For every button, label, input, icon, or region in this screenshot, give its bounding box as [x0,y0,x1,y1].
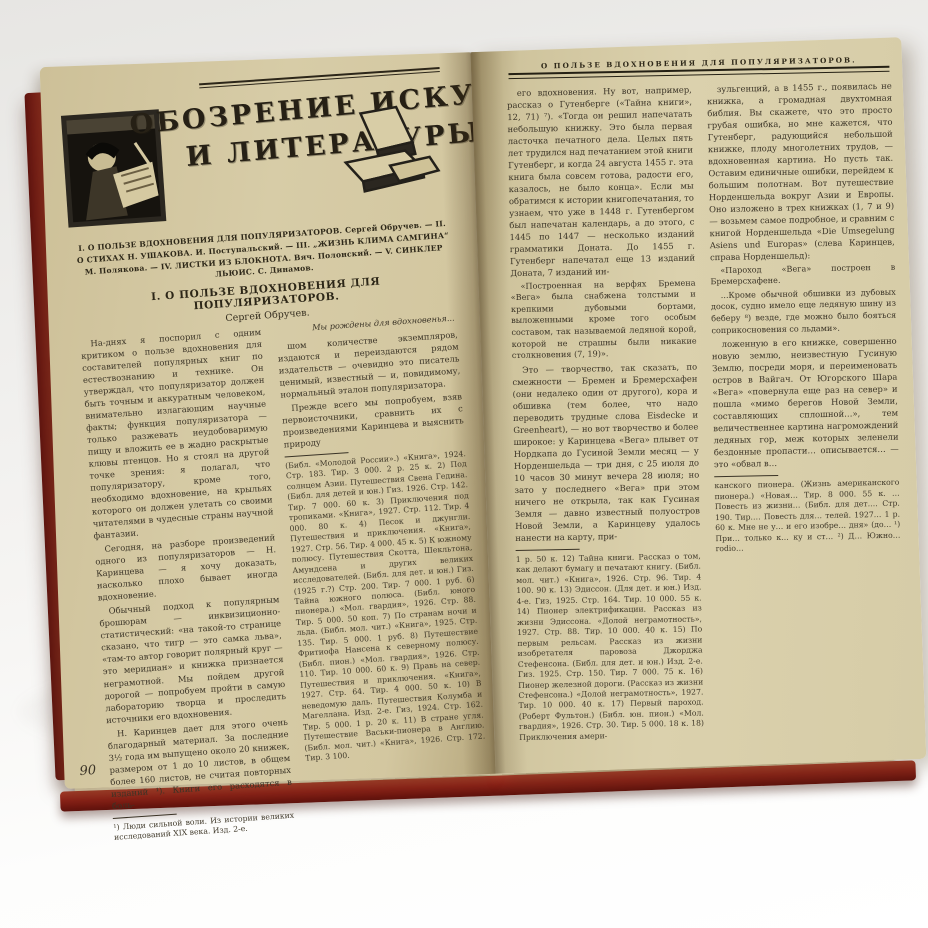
open-book: ОБОЗРЕНИЕ ИСКУССТВ И ЛИТЕРАТУРЫ [30,48,922,804]
paragraph: зульгенций, а в 1455 г., появилась не кн… [707,79,895,263]
footnote-separator [113,813,177,818]
bibliography-footnote: 1 р. 50 к. 12) Тайна книги. Рассказ о то… [516,551,705,743]
paragraph: Н. Каринцев дает для этого очень благода… [107,715,293,811]
left-page-column-2: Мы рождены для вдохновенья... шом количе… [276,313,491,831]
paragraph: Это — творчество, так сказать, по смежно… [512,360,700,544]
right-page-column-2: зульгенций, а в 1455 г., появилась не кн… [707,79,905,739]
paragraph: его вдохновения. Ну вот, например, расск… [507,83,696,279]
footnote-separator [714,475,778,477]
paragraph: На-днях я поспорил с одним критиком о по… [80,326,274,542]
section-masthead: ОБОЗРЕНИЕ ИСКУССТВ И ЛИТЕРАТУРЫ [64,78,450,241]
quotation-paragraph: «Построенная на верфях Бремена «Вега» бы… [510,277,697,361]
bibliography-footnote: (Библ. «Молодой России».) «Книга», 1924.… [285,449,486,764]
right-page: О ПОЛЬЗЕ ВДОХНОВЕНИЯ ДЛЯ ПОПУЛЯРИЗАТОРОВ… [470,37,926,774]
paragraph: Сегодня, на разборе произведений одного … [94,532,279,604]
quotation-paragraph: «Пароход «Вега» построен в Бремерсхафене… [710,261,895,288]
bibliography-footnote: канского пионера. (Жизнь американского п… [714,478,900,555]
paragraph: шом количестве экземпляров, издаются и п… [277,328,462,400]
quotation-paragraph: ...Кроме обычной обшивки из дубовых досо… [711,287,897,337]
book-photograph: ОБОЗРЕНИЕ ИСКУССТВ И ЛИТЕРАТУРЫ [0,0,928,928]
left-page-column-1: На-днях я поспорил с одним критиком о по… [80,326,295,844]
footnote-separator [285,452,349,457]
paragraph: Прежде всего мы попробуем, взяв первоист… [281,390,465,450]
paragraph: Обычный подход к популярным брошюрам — и… [98,594,287,726]
footnote-separator [516,549,580,551]
right-page-column-1: его вдохновения. Ну вот, например, расск… [507,83,705,743]
page-spread: ОБОЗРЕНИЕ ИСКУССТВ И ЛИТЕРАТУРЫ [40,37,927,789]
books-stack-illustration [322,100,446,204]
left-page: ОБОЗРЕНИЕ ИСКУССТВ И ЛИТЕРАТУРЫ [40,52,496,789]
paragraph: ложенную в его книжке, совершенно новую … [712,335,900,471]
page-number: 90 [79,763,97,779]
